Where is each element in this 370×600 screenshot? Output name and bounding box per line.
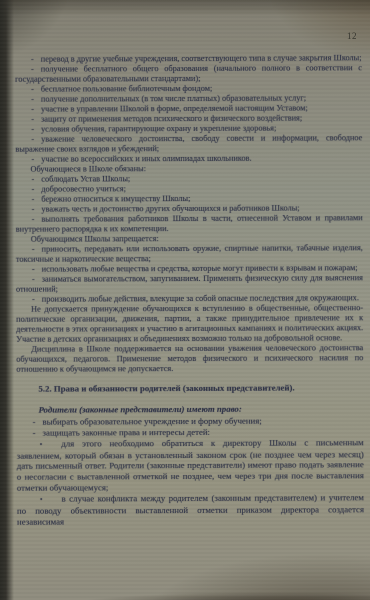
block-text: Дисциплина в Школе поддерживается на осн… <box>16 343 363 374</box>
list-item: -уважение человеческого достоинства, сво… <box>15 133 362 155</box>
block-text: приносить, передавать или использовать о… <box>16 243 363 264</box>
dash-marker: - <box>31 115 34 124</box>
list-item: -получение бесплатного общего образовани… <box>15 63 362 85</box>
subsection-title: Родители (законные представители) имеют … <box>16 403 363 415</box>
section-parents-rights: 5.2. Права и обязанности родителей (зако… <box>16 382 364 527</box>
dash-marker: - <box>31 85 34 94</box>
block-text: выбирать образовательное учреждение и фо… <box>42 415 261 426</box>
block-text: получение бесплатного общего образования… <box>15 63 362 84</box>
list-item: -приносить, передавать или использовать … <box>16 243 363 265</box>
block-text: перевод в другие учебные учреждения, соо… <box>41 53 362 63</box>
block-text: получение дополнительных (в том числе пл… <box>41 93 306 103</box>
dash-marker: - <box>31 105 34 114</box>
block-text: уважение человеческого достоинства, своб… <box>15 133 362 154</box>
section-blocks: -перевод в другие учебные учреждения, со… <box>15 53 363 375</box>
document-photo: 12 -перевод в другие учебные учреждения,… <box>0 0 370 600</box>
dash-marker: - <box>31 55 34 64</box>
block-text: защищать законные права и интересы детей… <box>43 427 210 438</box>
block-text: производить любые действия, влекущие за … <box>42 293 359 303</box>
dash-marker: - <box>31 95 34 104</box>
dash-marker: - <box>31 175 34 184</box>
block-text: для этого необходимо обратиться к директ… <box>17 437 364 493</box>
block-text: выполнять требования работников Школы в … <box>16 213 363 234</box>
dash-marker: - <box>32 185 35 194</box>
bullet-item: •для этого необходимо обратиться к дирек… <box>17 437 364 494</box>
dash-marker: - <box>33 416 36 426</box>
block-text: условия обучения, гарантирующие охрану и… <box>41 124 276 134</box>
block-text: использовать любые вещества и средства, … <box>42 263 358 273</box>
section-heading: 5.2. Права и обязанности родителей (зако… <box>16 382 363 394</box>
block-text: Обучающимся Школы запрещается: <box>31 234 159 244</box>
section-students-rights: -перевод в другие учебные учреждения, со… <box>15 53 363 375</box>
bullet-item: •в случае конфликта между родителем (зак… <box>17 492 364 527</box>
dash-marker: - <box>32 195 35 204</box>
block-text: заниматься вымогательством, запугиванием… <box>16 273 363 294</box>
block-text: участие в управлении Школой в форме, опр… <box>41 103 308 113</box>
dash-marker: - <box>32 215 35 224</box>
block-text: в случае конфликта между родителем (зако… <box>17 492 364 526</box>
block-text: Родители (законные представители) имеют … <box>38 404 241 415</box>
block-text: Обучающиеся в Школе обязаны: <box>30 164 146 174</box>
section-blocks: Родители (законные представители) имеют … <box>16 403 364 527</box>
block-text: бесплатное пользование библиотечным фонд… <box>41 84 212 94</box>
block-text: Не допускается принуждение обучающихся к… <box>16 303 363 344</box>
dash-marker: - <box>32 295 35 304</box>
dash-marker: - <box>31 135 34 144</box>
list-item: -выполнять требования работников Школы в… <box>16 213 363 235</box>
dash-marker: - <box>31 125 34 134</box>
block-text: соблюдать Устав Школы; <box>41 174 130 183</box>
list-item: -заниматься вымогательством, запугивание… <box>16 273 363 295</box>
block-text: уважать честь и достоинство других обуча… <box>41 204 299 214</box>
page-number: 12 <box>347 31 357 41</box>
dash-marker: - <box>31 65 34 74</box>
dash-marker: - <box>32 245 35 254</box>
paragraph: Дисциплина в Школе поддерживается на осн… <box>16 343 363 375</box>
dash-marker: - <box>33 427 36 437</box>
block-text: бережно относиться к имуществу Школы; <box>41 194 190 204</box>
bullet-marker: • <box>40 495 43 504</box>
block-text: защиту от применения методов психическог… <box>41 114 302 124</box>
block-text: добросовестно учиться; <box>41 184 126 193</box>
dash-marker: - <box>32 275 35 284</box>
dash-marker: - <box>32 205 35 214</box>
dash-marker: - <box>32 265 35 274</box>
document-body: -перевод в другие учебные учреждения, со… <box>15 53 364 527</box>
bullet-marker: • <box>40 439 43 448</box>
dash-marker: - <box>31 155 34 164</box>
block-text: участие во всероссийских и иных олимпиад… <box>41 154 251 164</box>
paragraph: Не допускается принуждение обучающихся к… <box>16 303 363 345</box>
